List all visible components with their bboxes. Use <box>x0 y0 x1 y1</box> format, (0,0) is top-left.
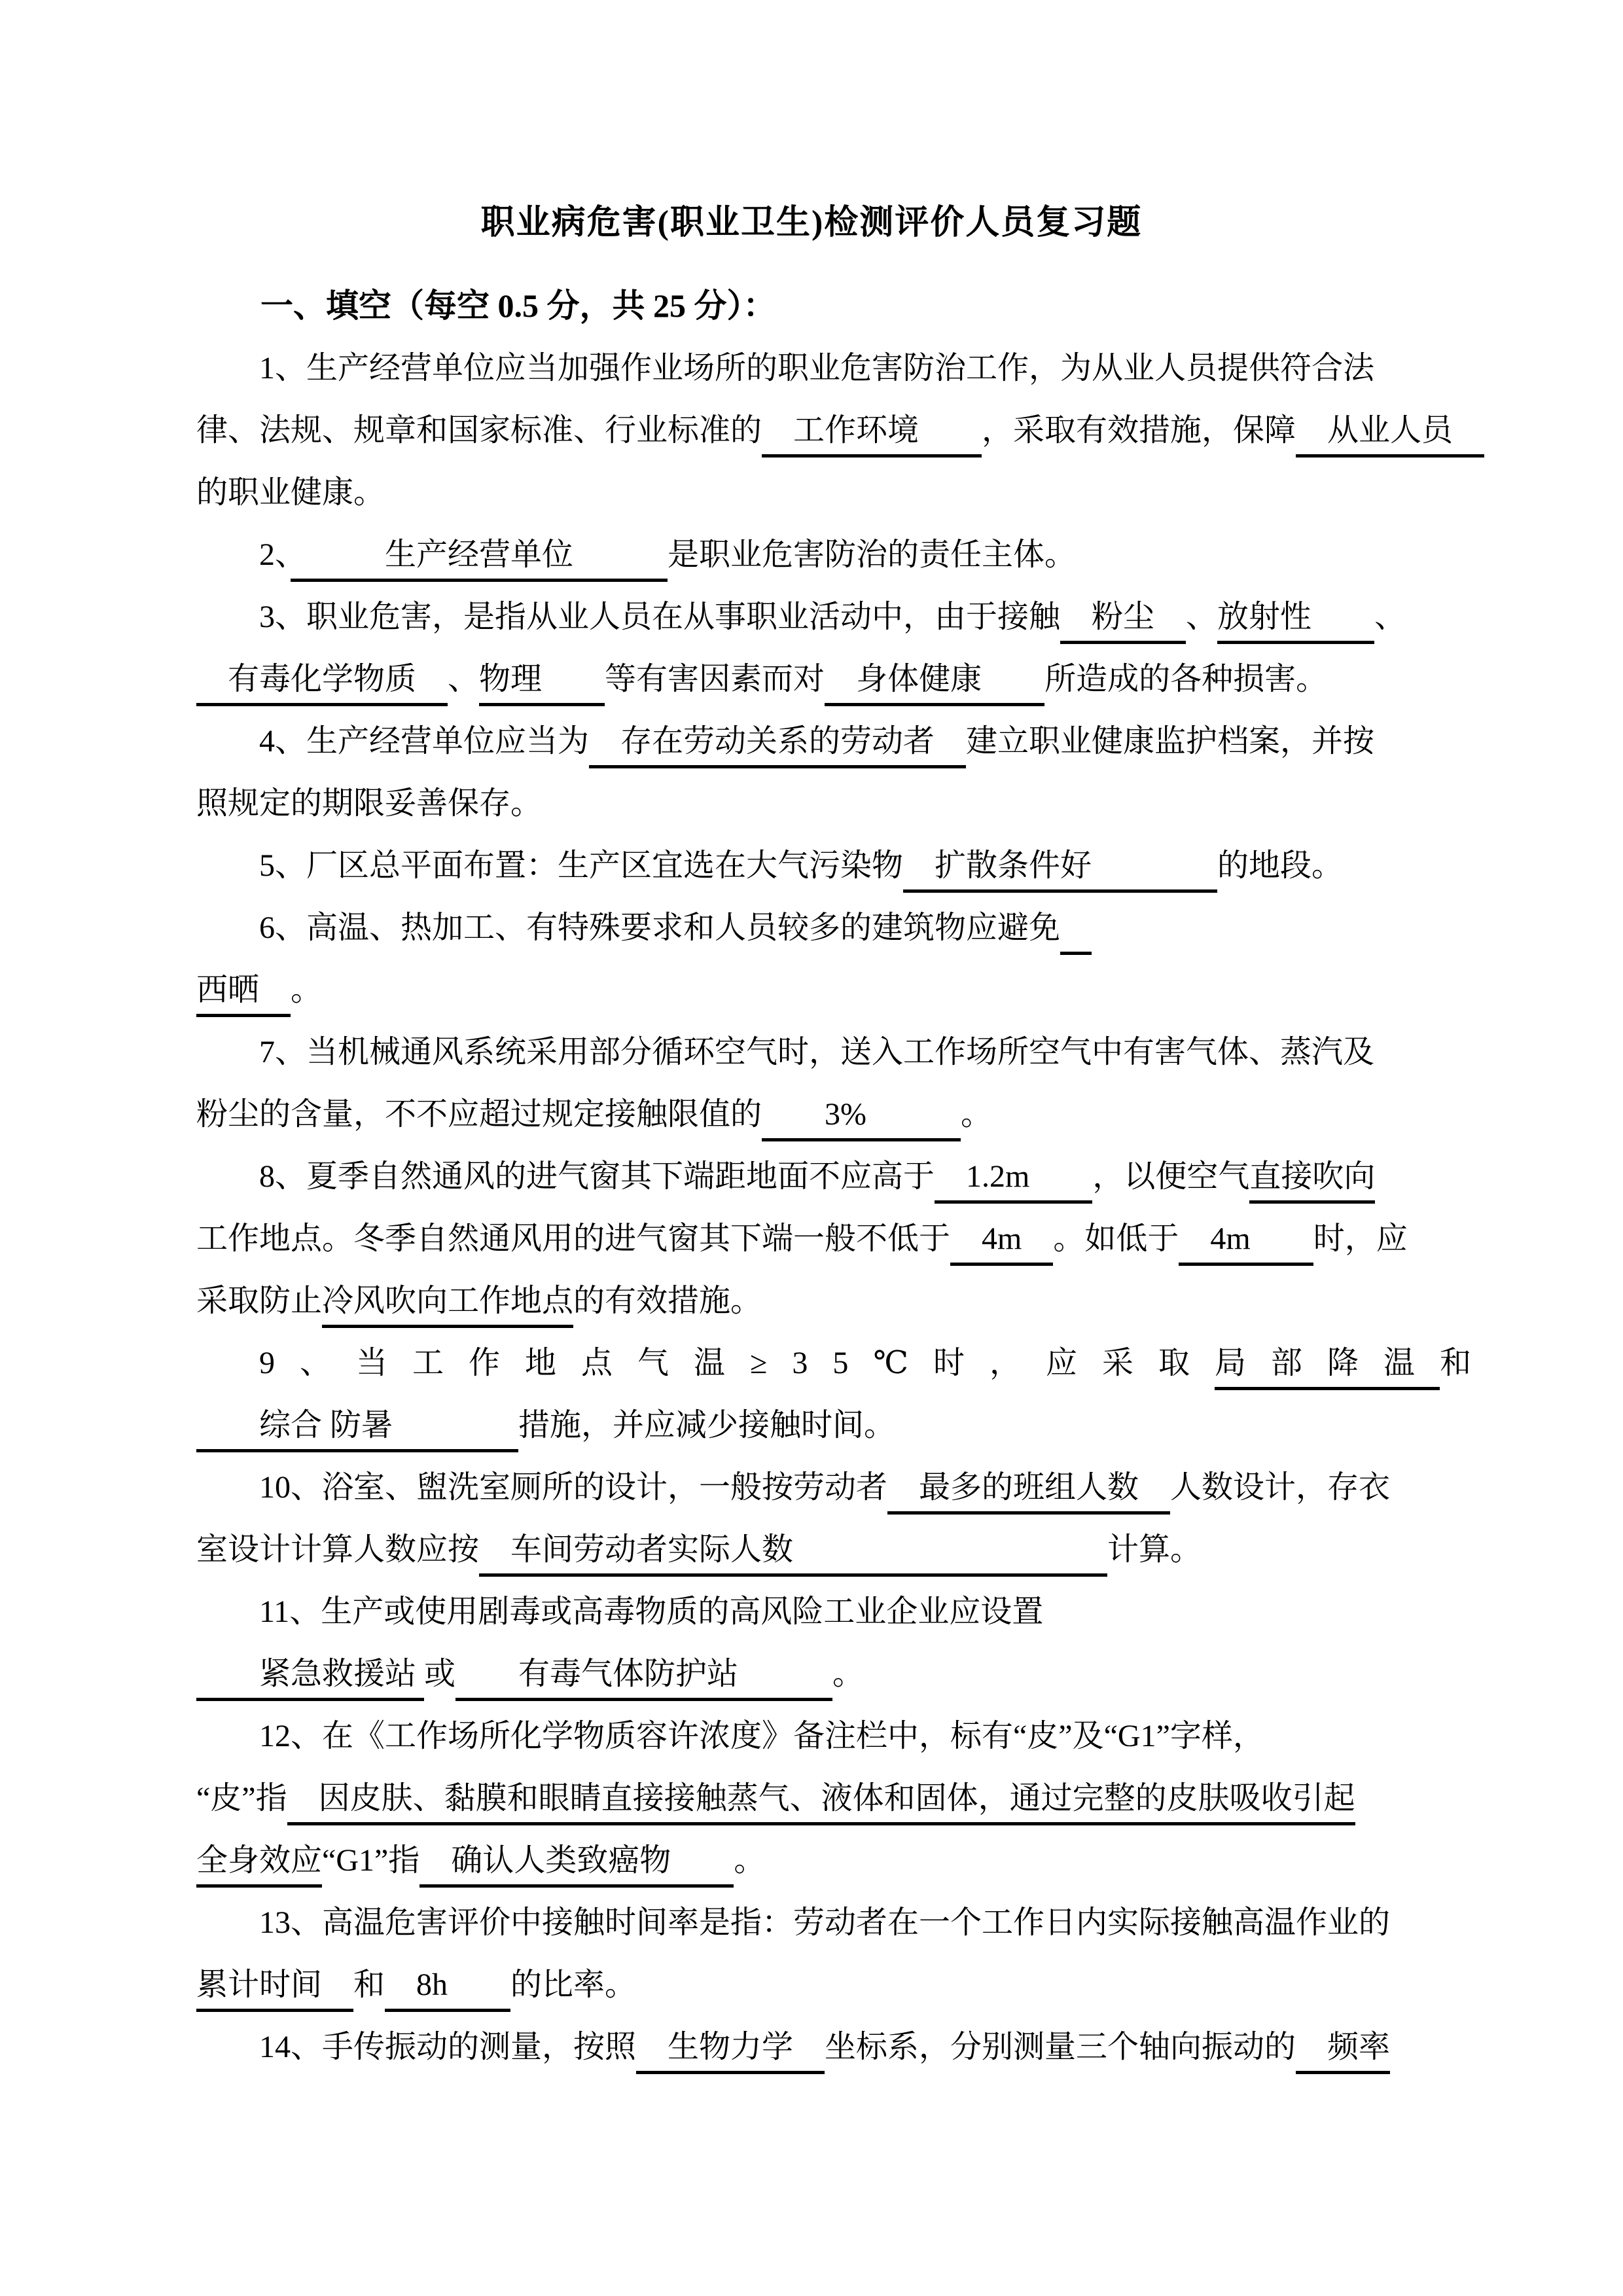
document-page: 职业病危害(职业卫生)检测评价人员复习题 一、填空（每空 0.5 分，共 25 … <box>0 0 1623 2296</box>
text-run: 坐标系，分别测量三个轴向振动的 <box>825 2030 1296 2064</box>
text-run: 6、高温、热加工、有特殊要求和人员较多的建筑物应避免 <box>259 910 1060 945</box>
text-run: 的有效措施。 <box>573 1283 762 1318</box>
document-line: 8、夏季自然通风的进气窗其下端距地面不应高于 1.2m ，以便空气直接吹向 <box>196 1145 1499 1208</box>
text-run: 12、在《工作场所化学物质容许浓度》备注栏中，标有“皮”及“G1”字样， <box>259 1719 1264 1753</box>
document-body: 一、填空（每空 0.5 分，共 25 分）： 1、生产经营单位应当加强作业场所的… <box>196 275 1499 2078</box>
text-run: 律、法规、规章和国家标准、行业标准的 <box>196 413 762 448</box>
document-line: 10、浴室、盥洗室厕所的设计，一般按劳动者 最多的班组人数 人数设计，存衣 <box>196 1456 1499 1518</box>
document-line: 2、 生产经营单位 是职业危害防治的责任主体。 <box>196 524 1499 586</box>
document-line: 7、当机械通风系统采用部分循环空气时，送入工作场所空气中有害气体、蒸汽及 <box>196 1021 1499 1083</box>
text-run: “皮”指 <box>196 1781 287 1816</box>
blank-answer: 放射性 <box>1217 600 1374 644</box>
text-run: 。 <box>832 1657 864 1691</box>
document-line: 5、厂区总平面布置：生产区宜选在大气污染物 扩散条件好 的地段。 <box>196 834 1499 897</box>
blank-answer <box>1060 910 1092 955</box>
document-line: 1、生产经营单位应当加强作业场所的职业危害防治工作，为从业人员提供符合法 <box>196 337 1499 399</box>
text-run: 。 <box>291 973 322 1007</box>
text-run: 等有害因素而对 <box>605 662 825 696</box>
text-run: 11、生产或使用剧毒或高毒物质的高风险工业企业应设置 <box>259 1594 1043 1629</box>
document-line: 13、高温危害评价中接触时间率是指：劳动者在一个工作日内实际接触高温作业的 <box>196 1892 1499 1954</box>
blank-answer: 车间劳动者实际人数 <box>479 1532 1107 1577</box>
blank-answer: 存在劳动关系的劳动者 <box>589 724 966 768</box>
blank-answer: 紧急救援站 <box>196 1657 424 1701</box>
blank-answer: 生物力学 <box>636 2030 825 2074</box>
blank-answer: 1.2m <box>935 1159 1092 1204</box>
blank-answer: 扩散条件好 <box>903 848 1217 893</box>
blank-answer: 最多的班组人数 <box>887 1470 1170 1515</box>
text-run: 5、厂区总平面布置：生产区宜选在大气污染物 <box>259 848 903 883</box>
document-line: 累计时间 和 8h 的比率。 <box>196 1954 1499 2016</box>
text-run: 的地段。 <box>1217 848 1343 883</box>
document-line: 室设计计算人数应按 车间劳动者实际人数 计算。 <box>196 1518 1499 1581</box>
blank-answer: 有毒化学物质 <box>196 662 448 706</box>
document-line: 6、高温、热加工、有特殊要求和人员较多的建筑物应避免 <box>196 897 1499 959</box>
blank-answer: 有毒气体防护站 <box>455 1657 832 1701</box>
blank-answer: 生产经营单位 <box>291 537 668 582</box>
document-line: 11、生产或使用剧毒或高毒物质的高风险工业企业应设置 <box>196 1581 1499 1643</box>
document-line: 粉尘的含量，不不应超过规定接触限值的 3% 。 <box>196 1083 1499 1145</box>
text-run: 所造成的各种损害。 <box>1044 662 1327 696</box>
text-run: 是职业危害防治的责任主体。 <box>668 537 1076 572</box>
blank-answer: 从业人员 <box>1296 413 1484 457</box>
blank-answer: 累计时间 <box>196 1967 353 2012</box>
blank-answer: 身体健康 <box>825 662 1044 706</box>
text-run: 工作地点。冬季自然通风用的进气窗其下端一般不低于 <box>196 1221 950 1256</box>
text-run: 10、浴室、盥洗室厕所的设计，一般按劳动者 <box>259 1470 887 1505</box>
text-run: 和 <box>353 1967 385 2002</box>
text-run: 建立职业健康监护档案，并按 <box>966 724 1374 759</box>
text-run: 9、当工作地点气温≥35℃时，应采取 <box>259 1346 1215 1380</box>
document-line: 14、手传振动的测量，按照 生物力学 坐标系，分别测量三个轴向振动的 频率 <box>196 2016 1499 2078</box>
blank-answer: 综合 防暑 <box>196 1408 518 1452</box>
blank-answer: 局部降温 <box>1215 1346 1440 1390</box>
text-run: 13、高温危害评价中接触时间率是指：劳动者在一个工作日内实际接触高温作业的 <box>259 1905 1390 1940</box>
blank-answer: 西晒 <box>196 973 291 1017</box>
text-run: ，采取有效措施，保障 <box>982 413 1296 448</box>
text-run: 1、生产经营单位应当加强作业场所的职业危害防治工作，为从业人员提供符合法 <box>259 351 1374 386</box>
document-line: 采取防止冷风吹向工作地点的有效措施。 <box>196 1270 1499 1332</box>
document-line: 律、法规、规章和国家标准、行业标准的 工作环境 ，采取有效措施，保障 从业人员 <box>196 399 1499 461</box>
blank-answer: 4m <box>950 1221 1053 1266</box>
blank-answer: 8h <box>385 1967 510 2012</box>
blank-answer: 工作环境 <box>762 413 982 457</box>
document-line: 西晒 。 <box>196 959 1499 1021</box>
document-line: 工作地点。冬季自然通风用的进气窗其下端一般不低于 4m 。如低于 4m 时，应 <box>196 1208 1499 1270</box>
document-line: 12、在《工作场所化学物质容许浓度》备注栏中，标有“皮”及“G1”字样， <box>196 1705 1499 1767</box>
text-run: 粉尘的含量，不不应超过规定接触限值的 <box>196 1097 762 1132</box>
blank-answer: 4m <box>1179 1221 1313 1266</box>
text-run: ，以便空气 <box>1092 1159 1249 1194</box>
text-run: 7、当机械通风系统采用部分循环空气时，送入工作场所空气中有害气体、蒸汽及 <box>259 1035 1374 1069</box>
text-run: 采取防止 <box>196 1283 322 1318</box>
text-run: 。 <box>961 1097 992 1132</box>
text-run: 3、职业危害，是指从业人员在从事职业活动中，由于接触 <box>259 600 1060 634</box>
blank-answer: 直接吹向 <box>1249 1159 1375 1204</box>
lines-container: 1、生产经营单位应当加强作业场所的职业危害防治工作，为从业人员提供符合法律、法规… <box>196 337 1499 2078</box>
text-run: 14、手传振动的测量，按照 <box>259 2030 636 2064</box>
document-line: 的职业健康。 <box>196 461 1499 524</box>
blank-answer: 因皮肤、黏膜和眼睛直接接触蒸气、液体和固体，通过完整的皮肤吸收引起 <box>287 1781 1355 1825</box>
text-run: 2、 <box>259 537 291 572</box>
blank-answer: 粉尘 <box>1060 600 1186 644</box>
text-run: 和 <box>1440 1346 1496 1380</box>
text-run: “G1”指 <box>322 1843 419 1878</box>
text-run: 、 <box>448 662 479 696</box>
section-heading: 一、填空（每空 0.5 分，共 25 分）： <box>196 275 1499 337</box>
text-run: 计算。 <box>1107 1532 1202 1567</box>
document-line: 4、生产经营单位应当为 存在劳动关系的劳动者 建立职业健康监护档案，并按 <box>196 710 1499 772</box>
document-line: 综合 防暑 措施，并应减少接触时间。 <box>196 1394 1499 1456</box>
document-line: 照规定的期限妥善保存。 <box>196 772 1499 834</box>
text-run: 时，应 <box>1313 1221 1408 1256</box>
blank-answer: 3% <box>762 1097 961 1141</box>
blank-answer: 频率 <box>1296 2030 1390 2074</box>
text-run: 室设计计算人数应按 <box>196 1532 479 1567</box>
text-run: 的比率。 <box>510 1967 636 2002</box>
blank-answer: 全身效应 <box>196 1843 322 1888</box>
document-line: 全身效应“G1”指 确认人类致癌物 。 <box>196 1829 1499 1892</box>
blank-answer: 确认人类致癌物 <box>419 1843 734 1888</box>
blank-answer: 物理 <box>479 662 605 706</box>
document-line: 有毒化学物质 、物理 等有害因素而对 身体健康 所造成的各种损害。 <box>196 648 1499 710</box>
text-run: 照规定的期限妥善保存。 <box>196 786 542 821</box>
text-run: 的职业健康。 <box>196 475 385 510</box>
text-run: 或 <box>424 1657 455 1691</box>
text-run: 、 <box>1186 600 1217 634</box>
blank-answer: 冷风吹向工作地点 <box>322 1283 573 1328</box>
text-run: 。如低于 <box>1053 1221 1179 1256</box>
document-title: 职业病危害(职业卫生)检测评价人员复习题 <box>0 198 1623 249</box>
document-line: 9、当工作地点气温≥35℃时，应采取局部降温和 <box>196 1332 1499 1394</box>
document-line: “皮”指 因皮肤、黏膜和眼睛直接接触蒸气、液体和固体，通过完整的皮肤吸收引起 <box>196 1767 1499 1829</box>
text-run: 人数设计，存衣 <box>1170 1470 1390 1505</box>
text-run: 4、生产经营单位应当为 <box>259 724 589 759</box>
text-run: 8、夏季自然通风的进气窗其下端距地面不应高于 <box>259 1159 935 1194</box>
document-line: 3、职业危害，是指从业人员在从事职业活动中，由于接触 粉尘 、放射性 、 <box>196 586 1499 648</box>
text-run: 。 <box>734 1843 765 1878</box>
text-run: 措施，并应减少接触时间。 <box>518 1408 895 1443</box>
document-line: 紧急救援站 或 有毒气体防护站 。 <box>196 1643 1499 1705</box>
text-run: 、 <box>1374 600 1406 634</box>
